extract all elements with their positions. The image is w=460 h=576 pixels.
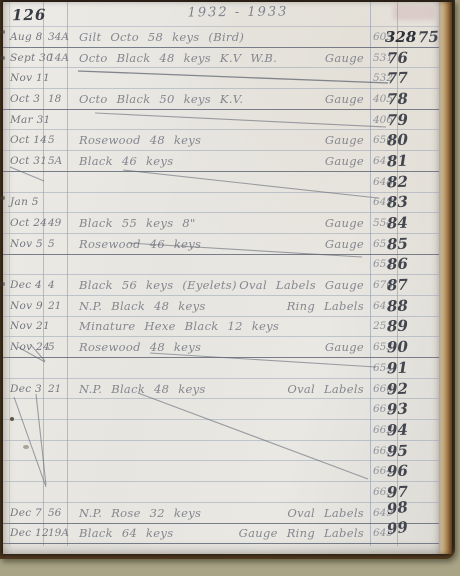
serial-number: 89 [387, 317, 408, 336]
model-cell: 5 [43, 134, 67, 146]
ledger-row: Dec 7 56 N.P. Rose 32 keys Oval Labels 6… [3, 503, 439, 524]
serial-cell: 80 [397, 131, 439, 149]
ledger-row: 664 96 [3, 461, 439, 482]
desc-text: Black 56 keys (Eyelets) [79, 278, 237, 292]
desc-right-text: Gauge [325, 237, 364, 251]
desc-text: N.P. Black 48 keys [79, 382, 206, 396]
description-cell: N.P. Rose 32 keys Oval Labels [67, 506, 370, 520]
description-cell: N.P. Black 48 keys Ring Labels [67, 299, 370, 313]
description-cell: N.P. Black 48 keys Oval Labels [67, 382, 370, 396]
date-cell: Dec 4 [3, 279, 43, 291]
date-cell: Nov 5 [3, 238, 43, 250]
desc-text: N.P. Black 48 keys [79, 299, 206, 313]
ledger-row: 654 91 [3, 358, 439, 379]
desc-right-text: Gauge [325, 92, 364, 106]
desc-right-text: Gauge [325, 133, 364, 147]
serial-cell: 81 [397, 152, 439, 170]
ledger-row: Nov 24 5 Rosewood 48 keys Gauge 653 90 [3, 337, 439, 358]
serial-cell: 86 [397, 255, 439, 273]
serial-cell: 84 [397, 214, 439, 232]
desc-text: Octo Black 48 keys K.V W.B. [79, 51, 277, 65]
serial-cell: 88 [397, 297, 439, 315]
ledger-page: 126 1932 - 1933 Aug 8 34A Gilt Octo 58 k… [3, 2, 439, 554]
desc-text: Black 55 keys 8" [79, 216, 196, 230]
serial-cell: 82 [397, 173, 439, 191]
desc-right-text: Oval Labels [287, 506, 364, 520]
ledger-row: Nov 21 Minature Hexe Black 12 keys 25 89 [3, 317, 439, 338]
desc-right-text: Gauge [325, 340, 364, 354]
model-cell: 21 [43, 383, 67, 395]
desc-right-text: Gauge [325, 51, 364, 65]
desc-text: Minature Hexe Black 12 keys [79, 319, 279, 333]
edge-mark [0, 196, 5, 200]
ledger-row: 661 93 [3, 399, 439, 420]
model-cell: 4 [43, 279, 67, 291]
description-cell: Black 56 keys (Eyelets) Oval Labels Gaug… [67, 278, 370, 292]
desc-text: Rosewood 48 keys [79, 340, 201, 354]
serial-number: 90 [387, 338, 408, 357]
serial-cell: 91 [397, 359, 439, 377]
model-cell: 34A [43, 31, 67, 43]
serial-number: 93 [387, 400, 408, 419]
serial-number: 96 [387, 462, 408, 481]
ink-speck [10, 417, 14, 421]
serial-number: 78 [387, 90, 408, 109]
edge-mark [0, 30, 5, 34]
ledger-row: Mar 31 406 79 [3, 110, 439, 131]
date-cell: Jan 5 [3, 196, 43, 208]
desc-text: Black 64 keys [79, 526, 173, 540]
serial-cell: 83 [397, 193, 439, 211]
serial-number: 99 [386, 518, 409, 538]
serial-cell: 87 [397, 276, 439, 294]
desc-right-text: Gauge Ring Labels [239, 526, 364, 540]
desc-text: Octo Black 50 keys K.V. [79, 92, 243, 106]
serial-cell: 89 [397, 317, 439, 335]
description-cell: Gilt Octo 58 keys (Bird) [67, 30, 370, 44]
serial-prefix: 328 [385, 28, 416, 46]
serial-number: 88 [387, 296, 408, 315]
ledger-row: 662 94 [3, 420, 439, 441]
ledger-row: Oct 3 18 Octo Black 50 keys K.V. Gauge 4… [3, 89, 439, 110]
desc-right-text: Ring Labels [287, 299, 364, 313]
serial-number: 92 [387, 379, 408, 398]
serial-cell: 76 [397, 49, 439, 67]
page-number: 126 [12, 6, 47, 25]
serial-number: 84 [387, 214, 408, 233]
ledger-rows: Aug 8 34A Gilt Octo 58 keys (Bird) 609 3… [3, 26, 439, 544]
ledger-row: Oct 31 5A Black 46 keys Gauge 647 81 [3, 151, 439, 172]
edge-mark [0, 56, 5, 60]
faint-stamp [393, 5, 435, 20]
model-cell: 21 [43, 300, 67, 312]
description-cell: Black 64 keys Gauge Ring Labels [67, 526, 370, 540]
ledger-row: Oct 14 5 Rosewood 48 keys Gauge 650 80 [3, 130, 439, 151]
model-cell: 14A [43, 52, 67, 64]
ledger-photo: 126 1932 - 1933 Aug 8 34A Gilt Octo 58 k… [0, 0, 460, 576]
serial-number: 82 [387, 172, 408, 191]
model-cell: 5 [43, 341, 67, 353]
model-cell: 49 [43, 217, 67, 229]
description-cell: Octo Black 48 keys K.V W.B. Gauge [67, 51, 370, 65]
serial-cell: 93 [397, 400, 439, 418]
serial-cell: 95 [397, 442, 439, 460]
description-cell: Minature Hexe Black 12 keys [67, 319, 370, 333]
description-cell: Rosewood 46 keys Gauge [67, 237, 370, 251]
model-cell: 56 [43, 507, 67, 519]
date-cell: Nov 9 [3, 300, 43, 312]
date-cell: Oct 24 [3, 217, 43, 229]
ledger-row: Jan 5 649 83 [3, 193, 439, 214]
desc-text: N.P. Rose 32 keys [79, 506, 201, 520]
ledger-row: Aug 8 34A Gilt Octo 58 keys (Bird) 609 3… [3, 27, 439, 48]
serial-number: 76 [387, 48, 408, 67]
model-cell: 19A [43, 527, 67, 539]
model-cell: 18 [43, 93, 67, 105]
date-cell: Nov 21 [3, 320, 43, 332]
description-cell: Rosewood 48 keys Gauge [67, 133, 370, 147]
date-cell: Dec 7 [3, 507, 43, 519]
date-cell: Aug 8 [3, 31, 43, 43]
serial-number: 87 [387, 276, 408, 295]
date-cell: Dec 3 [3, 383, 43, 395]
serial-cell: 99 [397, 524, 439, 542]
serial-number: 98 [386, 497, 409, 517]
description-cell: Black 55 keys 8" Gauge [67, 216, 370, 230]
date-cell: Mar 31 [3, 114, 43, 126]
date-cell: Nov 24 [3, 341, 43, 353]
edge-mark [0, 282, 5, 286]
ledger-row: Oct 24 49 Black 55 keys 8" Gauge 554 84 [3, 213, 439, 234]
serial-number: 80 [387, 131, 408, 150]
date-cell: Oct 14 [3, 134, 43, 146]
serial-cell: 92 [397, 380, 439, 398]
serial-number: 85 [387, 234, 408, 253]
serial-cell: 94 [397, 421, 439, 439]
date-cell: Sept 30 [3, 52, 43, 64]
serial-cell: 77 [397, 69, 439, 87]
serial-cell: 32875 [397, 28, 439, 46]
ledger-row: 663 95 [3, 441, 439, 462]
description-cell: Black 46 keys Gauge [67, 154, 370, 168]
description-cell: Octo Black 50 keys K.V. Gauge [67, 92, 370, 106]
ledger-row: Nov 11 532 77 [3, 68, 439, 89]
ink-smudge [23, 445, 29, 449]
desc-text: Rosewood 48 keys [79, 133, 201, 147]
model-cell: 5A [43, 155, 67, 167]
desc-text: Black 46 keys [79, 154, 173, 168]
date-cell: Nov 11 [3, 72, 43, 84]
ledger-row: Dec 3 21 N.P. Black 48 keys Oval Labels … [3, 379, 439, 400]
date-cell: Oct 3 [3, 93, 43, 105]
desc-right-text: Gauge [325, 154, 364, 168]
desc-text: Gilt Octo 58 keys (Bird) [79, 30, 244, 44]
serial-number: 83 [387, 193, 408, 212]
serial-cell: 90 [397, 338, 439, 356]
year-range-title: 1932 - 1933 [153, 4, 323, 20]
ledger-row: Dec 4 4 Black 56 keys (Eyelets) Oval Lab… [3, 275, 439, 296]
serial-cell: 79 [397, 111, 439, 129]
serial-number: 79 [387, 110, 408, 129]
serial-number: 91 [387, 358, 408, 377]
ledger-row: 648 82 [3, 172, 439, 193]
serial-cell: 78 [397, 90, 439, 108]
serial-number: 77 [387, 69, 408, 88]
serial-cell: 96 [397, 462, 439, 480]
desc-right-text: Oval Labels Gauge [239, 278, 364, 292]
desc-right-text: Gauge [325, 216, 364, 230]
model-cell: 5 [43, 238, 67, 250]
date-cell: Oct 31 [3, 155, 43, 167]
ledger-row: 652 86 [3, 255, 439, 276]
ledger-row: Dec 12 19A Black 64 keys Gauge Ring Labe… [3, 524, 439, 545]
serial-number: 94 [387, 421, 408, 440]
ledger-row: Nov 9 21 N.P. Black 48 keys Ring Labels … [3, 296, 439, 317]
description-cell: Rosewood 48 keys Gauge [67, 340, 370, 354]
date-cell: Dec 12 [3, 527, 43, 539]
serial-number: 95 [387, 441, 408, 460]
desc-right-text: Oval Labels [287, 382, 364, 396]
ledger-row: 665 97 [3, 482, 439, 503]
desc-text: Rosewood 46 keys [79, 237, 201, 251]
serial-number: 86 [387, 255, 408, 274]
ledger-row: Nov 5 5 Rosewood 46 keys Gauge 651 85 [3, 234, 439, 255]
book-binding-edge [439, 2, 452, 554]
ledger-row: Sept 30 14A Octo Black 48 keys K.V W.B. … [3, 48, 439, 69]
serial-cell: 85 [397, 235, 439, 253]
serial-number: 81 [387, 152, 408, 171]
serial-number: 75 [418, 27, 439, 46]
